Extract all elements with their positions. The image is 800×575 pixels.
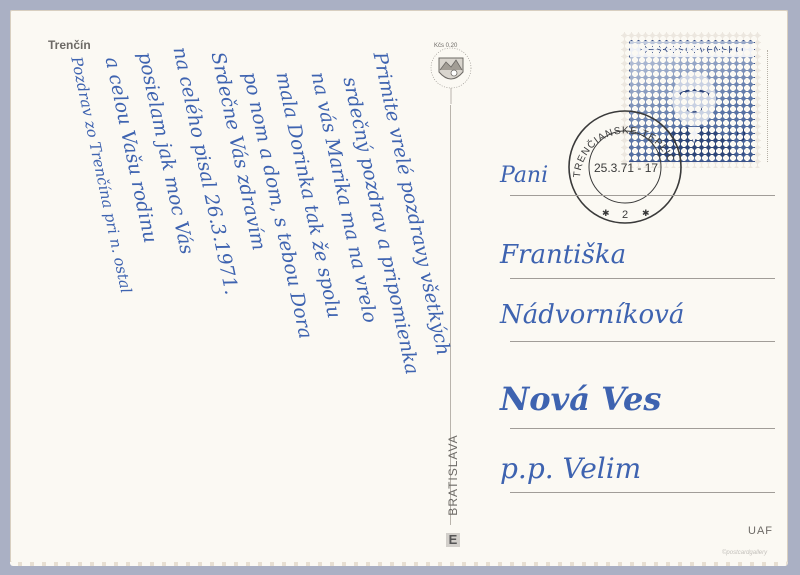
mountain-edelweiss-emblem-icon xyxy=(428,42,474,104)
stamp-country: ČESKOSLOVENSKO xyxy=(630,44,754,57)
stamp-value: 30 xyxy=(726,124,746,147)
publisher-city: BRATISLAVA xyxy=(446,415,460,535)
postcard: Trenčín Kčs 0.20 BRATISLAVA E ČESKOSLOVE… xyxy=(10,10,788,563)
address-line-5: p.p. Velim xyxy=(500,452,641,485)
address-line-2: Františka xyxy=(500,240,626,270)
address-line-1: Pani xyxy=(500,163,548,188)
svg-text:✱: ✱ xyxy=(642,208,650,218)
address-rule xyxy=(510,428,775,429)
watermark: ©postcardgallery xyxy=(722,550,767,556)
postmark-date: 25.3.71 - 17 xyxy=(594,161,658,175)
address-rule xyxy=(510,341,775,342)
postmark-office: 2 xyxy=(622,209,628,221)
stamp-perforation xyxy=(767,50,768,162)
emblem-price: Kčs 0.20 xyxy=(434,43,457,49)
address-line-3: Nádvorníková xyxy=(500,300,684,330)
publisher-imprint: BRATISLAVA E xyxy=(433,410,473,560)
stamp-unit: h xyxy=(739,147,744,157)
publisher-code: UAF xyxy=(748,525,773,537)
address-rule xyxy=(510,492,775,493)
publisher-mark: E xyxy=(446,533,460,547)
address-rule xyxy=(510,278,775,279)
place-title: Trenčín xyxy=(48,38,91,52)
address-line-4: Nová Ves xyxy=(500,380,661,418)
address-rule xyxy=(510,195,775,196)
postmark-icon: TRENČIANSKE TEPLICE 25.3.71 - 17 2 ✱ ✱ xyxy=(566,108,684,226)
svg-text:✱: ✱ xyxy=(602,208,610,218)
